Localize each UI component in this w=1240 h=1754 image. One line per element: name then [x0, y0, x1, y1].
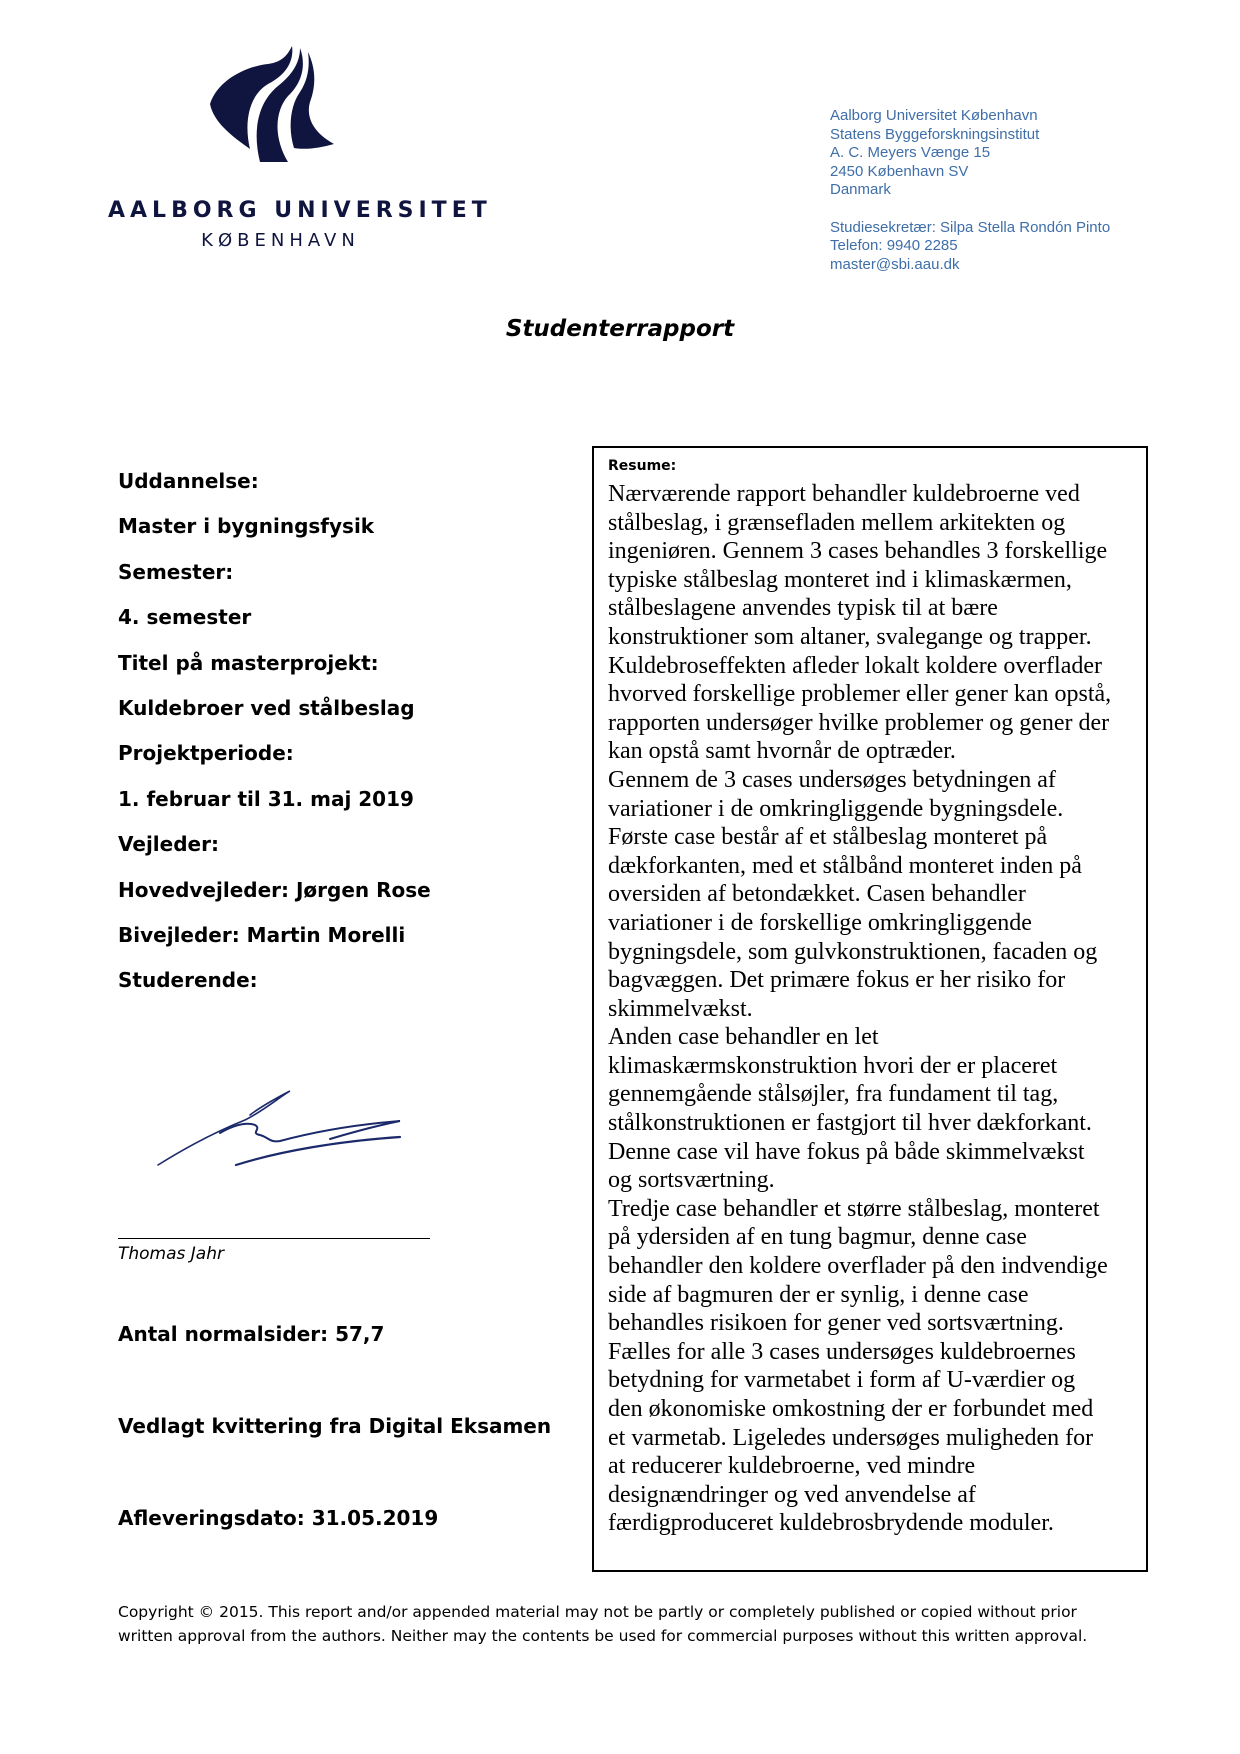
resume-line: skimmelvækst. [608, 995, 1148, 1024]
address-block: Aalborg Universitet København Statens By… [830, 107, 1110, 274]
resume-line: rapporten undersøger hvilke problemer og… [608, 709, 1148, 738]
main-supervisor: Hovedvejleder: Jørgen Rose [118, 876, 431, 921]
semester-label: Semester: [118, 558, 431, 603]
supervisor-label: Vejleder: [118, 830, 431, 875]
co-supervisor: Bivejleder: Martin Morelli [118, 921, 431, 966]
resume-line: behandles risikoen for gener ved sortsvæ… [608, 1309, 1148, 1338]
project-title-value: Kuldebroer ved stålbeslag [118, 694, 431, 739]
secretary-line: Studiesekretær: Silpa Stella Rondón Pint… [830, 219, 1110, 238]
resume-line: og sortsværtning. [608, 1166, 1148, 1195]
resume-line: bygningsdele, som gulvkonstruktionen, fa… [608, 938, 1148, 967]
resume-line: behandler den koldere overflader på den … [608, 1252, 1148, 1281]
project-title-label: Titel på masterprojekt: [118, 649, 431, 694]
resume-line: oversiden af betondækket. Casen behandle… [608, 880, 1148, 909]
resume-line: gennemgående stålsøjler, fra fundament t… [608, 1080, 1148, 1109]
email-link[interactable]: master@sbi.aau.dk [830, 256, 1110, 275]
resume-line: konstruktioner som altaner, svalegange o… [608, 623, 1148, 652]
resume-line: typiske stålbeslag monteret ind i klimas… [608, 566, 1148, 595]
address-line: Aalborg Universitet København [830, 107, 1110, 126]
resume-label: Resume: [608, 458, 676, 474]
student-name: Thomas Jahr [118, 1244, 224, 1264]
delivery-date: Afleveringsdato: 31.05.2019 [118, 1506, 438, 1530]
resume-line: stålbeslagene anvendes typisk til at bær… [608, 594, 1148, 623]
student-label: Studerende: [118, 966, 431, 1011]
resume-line: dækforkanten, med et stålbånd monteret i… [608, 852, 1148, 881]
project-metadata: Uddannelse: Master i bygningsfysik Semes… [118, 467, 431, 1012]
resume-line: Denne case vil have fokus på både skimme… [608, 1138, 1148, 1167]
phone-line: Telefon: 9940 2285 [830, 237, 1110, 256]
resume-line: Nærværende rapport behandler kuldebroern… [608, 480, 1148, 509]
semester-value: 4. semester [118, 603, 431, 648]
copyright-notice: Copyright © 2015. This report and/or app… [118, 1600, 1078, 1648]
education-label: Uddannelse: [118, 467, 431, 512]
resume-line: kan opstå samt hvornår de optræder. [608, 737, 1148, 766]
resume-line: klimaskærmskonstruktion hvori der er pla… [608, 1052, 1148, 1081]
resume-line: designændringer og ved anvendelse af [608, 1481, 1148, 1510]
resume-line: hvorved forskellige problemer eller gene… [608, 680, 1148, 709]
education-value: Master i bygningsfysik [118, 512, 431, 557]
address-line: Statens Byggeforskningsinstitut [830, 126, 1110, 145]
resume-line: ingeniøren. Gennem 3 cases behandles 3 f… [608, 537, 1148, 566]
university-logo: AALBORG UNIVERSITET KØBENHAVN [108, 40, 453, 260]
copyright-line: written approval from the authors. Neith… [118, 1624, 1078, 1648]
resume-line: side af bagmuren der er synlig, i denne … [608, 1281, 1148, 1310]
address-line: A. C. Meyers Vænge 15 [830, 144, 1110, 163]
signature-line [118, 1238, 430, 1239]
resume-line: at reducerer kuldebroerne, ved mindre [608, 1452, 1148, 1481]
aau-wave-logo-icon [208, 44, 338, 164]
address-line: Danmark [830, 181, 1110, 200]
resume-line: et varmetab. Ligeledes undersøges muligh… [608, 1424, 1148, 1453]
resume-line: bagvæggen. Det primære fokus er her risi… [608, 966, 1148, 995]
address-line: 2450 København SV [830, 163, 1110, 182]
resume-line: Tredje case behandler et større stålbesl… [608, 1195, 1148, 1224]
resume-line: Anden case behandler en let [608, 1023, 1148, 1052]
resume-line: den økonomiske omkostning der er forbund… [608, 1395, 1148, 1424]
resume-text: Nærværende rapport behandler kuldebroern… [608, 480, 1148, 1538]
resume-box: Resume: Nærværende rapport behandler kul… [592, 446, 1148, 1572]
logo-city: KØBENHAVN [108, 230, 453, 251]
period-value: 1. februar til 31. maj 2019 [118, 785, 431, 830]
period-label: Projektperiode: [118, 739, 431, 784]
resume-line: Kuldebroseffekten afleder lokalt koldere… [608, 652, 1148, 681]
resume-line: færdigproduceret kuldebrosbrydende modul… [608, 1509, 1148, 1538]
resume-line: variationer i de omkringliggende bygning… [608, 795, 1148, 824]
resume-line: på ydersiden af en tung bagmur, denne ca… [608, 1223, 1148, 1252]
resume-line: Første case består af et stålbeslag mont… [608, 823, 1148, 852]
resume-line: betydning for varmetabet i form af U-vær… [608, 1366, 1148, 1395]
copyright-line: Copyright © 2015. This report and/or app… [118, 1600, 1078, 1624]
receipt-note: Vedlagt kvittering fra Digital Eksamen [118, 1414, 551, 1438]
page-title: Studenterrapport [0, 316, 1240, 342]
signature-icon [150, 1085, 410, 1175]
resume-line: stålbeslag, i grænsefladen mellem arkite… [608, 509, 1148, 538]
resume-line: stålkonstruktionen er fastgjort til hver… [608, 1109, 1148, 1138]
resume-line: Fælles for alle 3 cases undersøges kulde… [608, 1338, 1148, 1367]
normal-pages: Antal normalsider: 57,7 [118, 1322, 384, 1346]
resume-line: Gennem de 3 cases undersøges betydningen… [608, 766, 1148, 795]
logo-wordmark: AALBORG UNIVERSITET [108, 198, 453, 223]
resume-line: variationer i de forskellige omkringligg… [608, 909, 1148, 938]
